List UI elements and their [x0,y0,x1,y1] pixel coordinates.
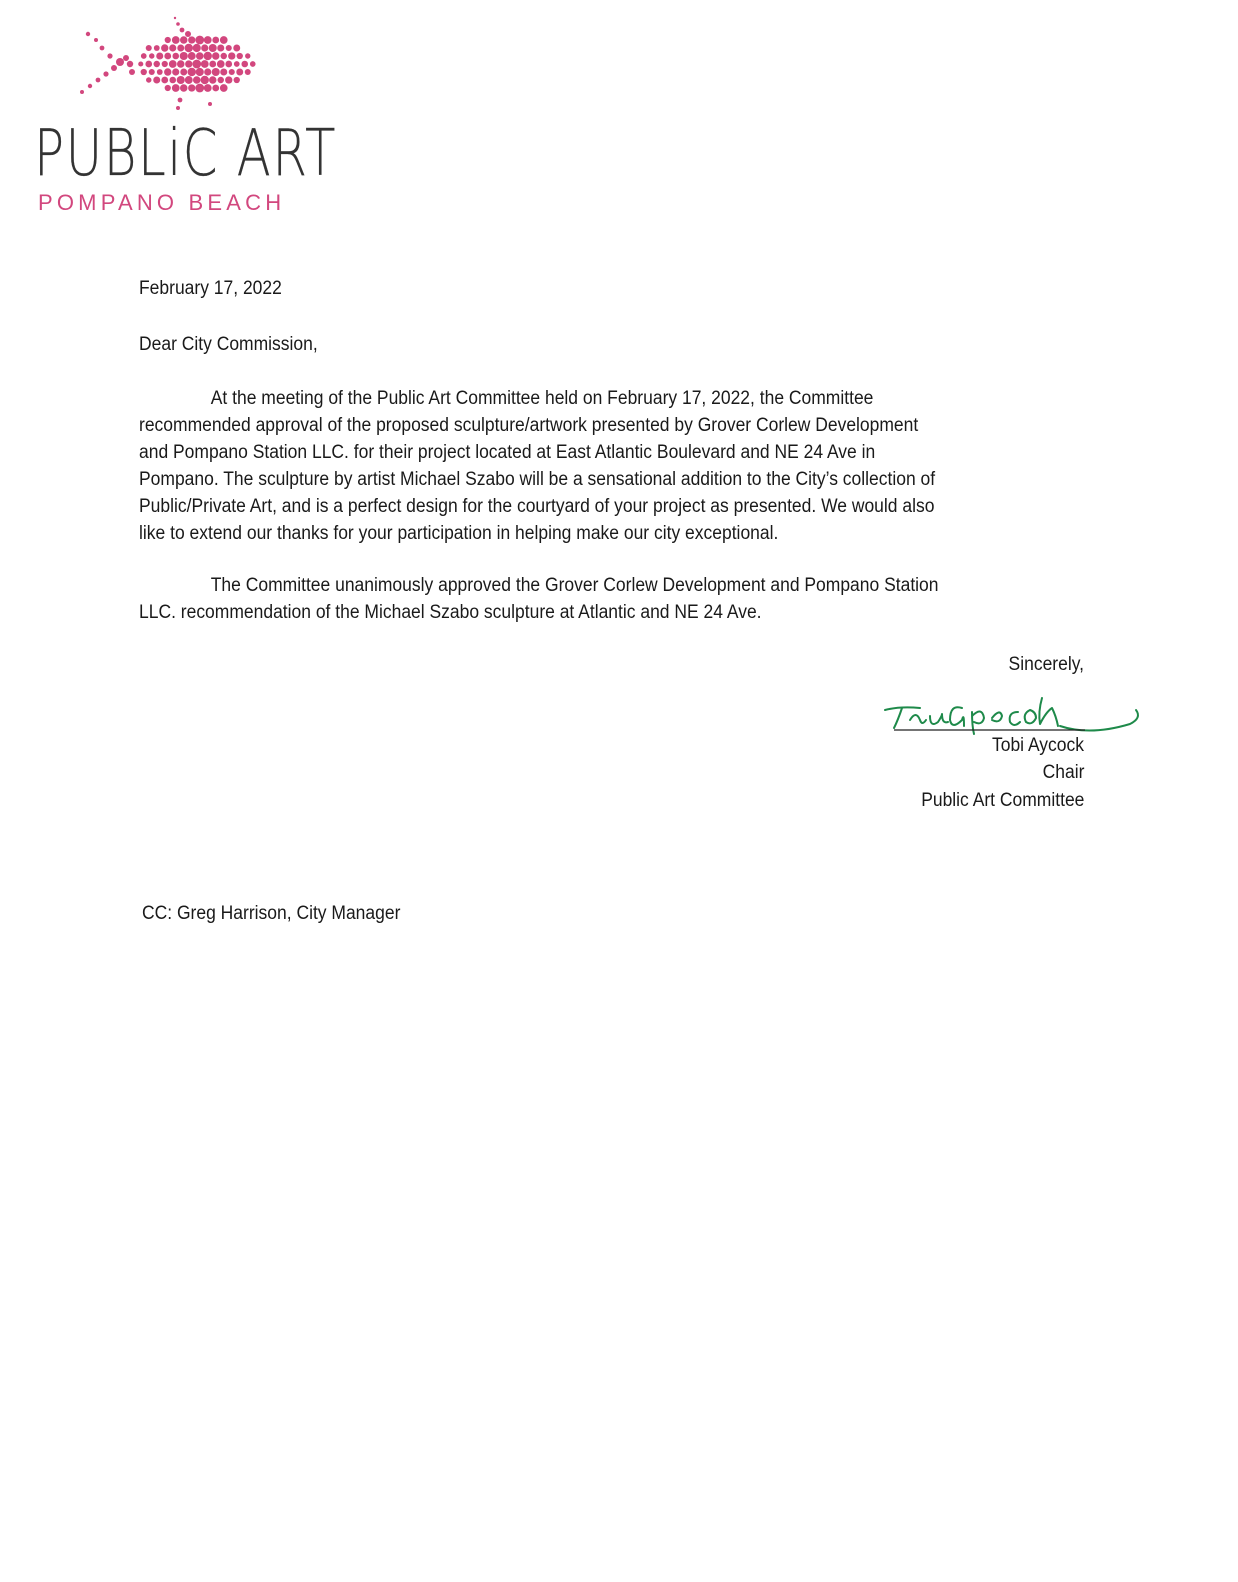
letter-paragraph-2: The Committee unanimously approved the G… [139,572,1068,626]
dotted-fish-icon [70,14,270,114]
paragraph-line: and Pompano Station LLC. for their proje… [139,439,1068,466]
paragraph-line: Public/Private Art, and is a perfect des… [139,493,1068,520]
paragraph-line: At the meeting of the Public Art Committ… [139,385,1068,412]
letter-salutation: Dear City Commission, [139,334,318,356]
letter-date: February 17, 2022 [139,278,282,300]
organization-name: PUBLiC ART [34,122,337,186]
paragraph-line: The Committee unanimously approved the G… [139,572,1068,599]
letterhead-logo: PUBLiC ART POMPANO BEACH [30,14,300,214]
organization-location: POMPANO BEACH [38,190,285,216]
paragraph-line: LLC. recommendation of the Michael Szabo… [139,599,1068,626]
cc-line: CC: Greg Harrison, City Manager [142,903,400,925]
paragraph-line: recommended approval of the proposed scu… [139,412,1068,439]
letter-paragraph-1: At the meeting of the Public Art Committ… [139,385,1068,547]
signer-title: Chair [1042,762,1084,784]
handwritten-signature-icon [880,688,1150,738]
letter-closing: Sincerely, [1009,654,1084,676]
paragraph-line: Pompano. The sculpture by artist Michael… [139,466,1068,493]
signer-name: Tobi Aycock [992,735,1084,757]
paragraph-line: like to extend our thanks for your parti… [139,520,1068,547]
signer-organization: Public Art Committee [921,790,1084,812]
